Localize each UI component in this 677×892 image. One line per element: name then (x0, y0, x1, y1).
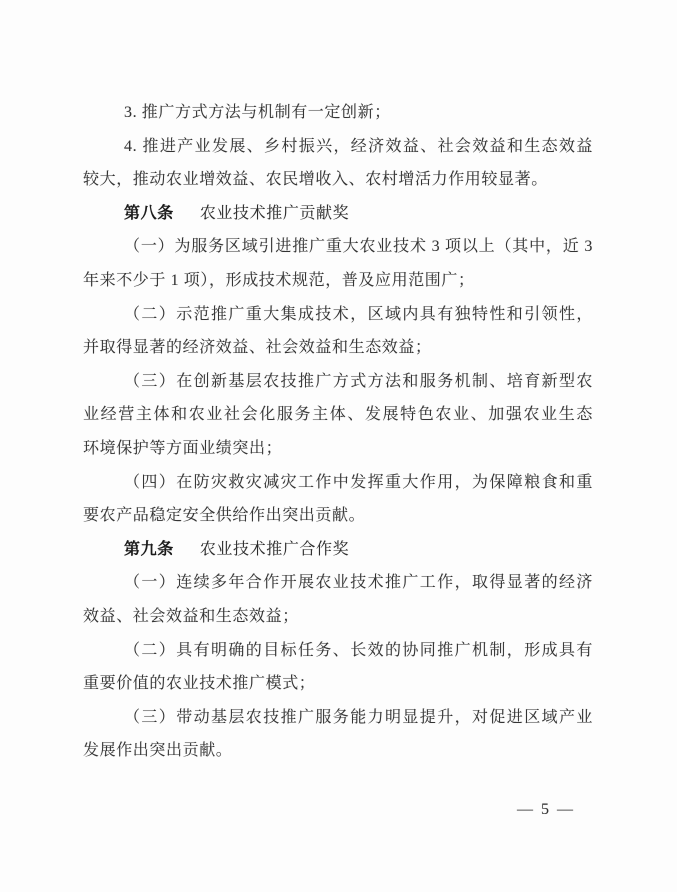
clause-item-4-line-1: 4. 推进产业发展、乡村振兴，经济效益、社会效益和生态效益 (83, 130, 593, 164)
article-9-title: 农业技术推广合作奖 (200, 541, 349, 558)
article-8-subitem-4-line-2: 要农产品稳定安全供给作出突出贡献。 (83, 499, 593, 533)
document-page: 3. 推广方式方法与机制有一定创新； 4. 推进产业发展、乡村振兴，经济效益、社… (0, 0, 677, 892)
page-footer: — 5 — (517, 800, 575, 820)
article-8-subitem-4-line-1: （四）在防灾救灾减灾工作中发挥重大作用，为保障粮食和重 (83, 466, 593, 500)
article-8-heading: 第八条农业技术推广贡献奖 (83, 197, 593, 231)
article-8-subitem-2-line-1: （二）示范推广重大集成技术，区域内具有独特性和引领性， (83, 298, 593, 332)
article-9-subitem-2-line-1: （二）具有明确的目标任务、长效的协同推广机制，形成具有 (83, 634, 593, 668)
page-number: — 5 — (517, 801, 575, 818)
article-9-subitem-1-line-1: （一）连续多年合作开展农业技术推广工作，取得显著的经济 (83, 566, 593, 600)
article-9-heading: 第九条农业技术推广合作奖 (83, 533, 593, 567)
article-9-subitem-1-line-2: 效益、社会效益和生态效益； (83, 600, 593, 634)
article-8-subitem-1-line-2: 年来不少于 1 项），形成技术规范，普及应用范围广； (83, 264, 593, 298)
article-8-subitem-3-line-2: 业经营主体和农业社会化服务主体、发展特色农业、加强农业生态 (83, 398, 593, 432)
article-8-title: 农业技术推广贡献奖 (200, 205, 349, 222)
clause-item-4-line-2: 较大，推动农业增效益、农民增收入、农村增活力作用较显著。 (83, 163, 593, 197)
article-8-subitem-1-line-1: （一）为服务区域引进推广重大农业技术 3 项以上（其中，近 3 (83, 230, 593, 264)
article-9-subitem-3-line-1: （三）带动基层农技推广服务能力明显提升，对促进区域产业 (83, 701, 593, 735)
clause-item-3: 3. 推广方式方法与机制有一定创新； (83, 96, 593, 130)
article-8-subitem-3-line-1: （三）在创新基层农技推广方式方法和服务机制、培育新型农 (83, 365, 593, 399)
article-8-subitem-2-line-2: 并取得显著的经济效益、社会效益和生态效益； (83, 331, 593, 365)
article-9-subitem-3-line-2: 发展作出突出贡献。 (83, 734, 593, 768)
article-9-subitem-2-line-2: 重要价值的农业技术推广模式； (83, 667, 593, 701)
article-9-number: 第九条 (124, 541, 174, 558)
article-8-number: 第八条 (124, 205, 174, 222)
article-8-subitem-3-line-3: 环境保护等方面业绩突出； (83, 432, 593, 466)
document-body: 3. 推广方式方法与机制有一定创新； 4. 推进产业发展、乡村振兴，经济效益、社… (83, 96, 593, 768)
